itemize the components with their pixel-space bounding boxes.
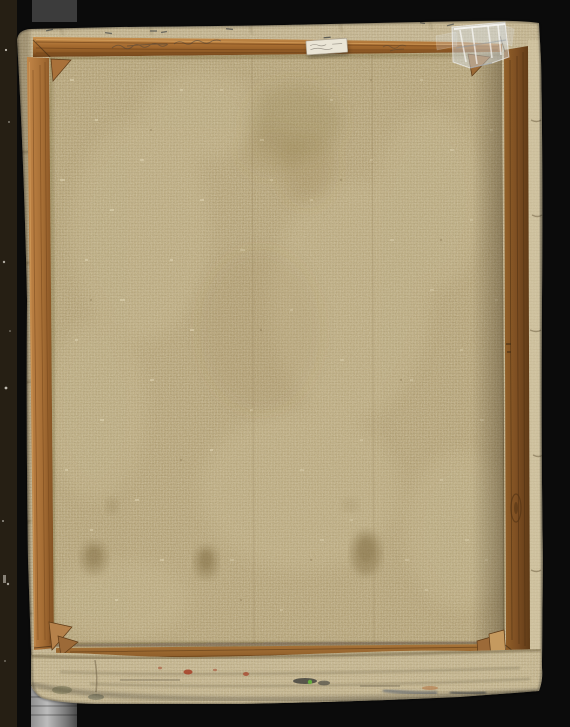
artwork	[14, 21, 546, 708]
canvas-verso-photo	[0, 0, 570, 727]
gray-patch-top-left	[32, 0, 77, 22]
paint-smudge-red	[184, 670, 193, 675]
label-paper	[306, 38, 348, 55]
paint-smudge-dark	[293, 678, 317, 684]
paint-smudge-orange	[422, 686, 438, 690]
photo-stage	[0, 0, 570, 727]
left-wall-strip	[0, 0, 17, 727]
paint-smudge-green	[308, 680, 312, 684]
canvas-field-texture	[45, 52, 515, 649]
